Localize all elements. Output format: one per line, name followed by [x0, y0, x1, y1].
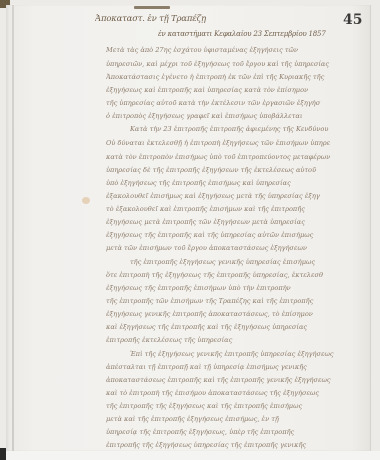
page-number: 45 [343, 12, 362, 28]
text-line: μετὰ τῶν ἐπισήμων τοῦ ἔργου ἀποκαταστάσε… [106, 243, 356, 254]
text-line: Ἐπὶ τῆς ἐξηγήσεως γενικῆς ἐπιτροπῆς ὑπηρ… [130, 349, 356, 360]
text-line: ὑπηρεσίας δὲ τῆς ἐπιτροπῆς ἐξηγήσεων τῆς… [106, 165, 356, 176]
binding-edge-bottom [0, 448, 6, 460]
text-line: Κατὰ τὴν 23 ἐπιτροπῆς ἐπιτροπῆς ἀφιεμένη… [130, 124, 356, 135]
text-line: ἀποκαταστάσεως ἐπιτροπῆς καὶ τῆς ἐπιτροπ… [106, 375, 356, 386]
text-line: ἀπέσταλται τῇ ἐπιτροπῇ καὶ τῇ ὑπηρεσίᾳ ἐ… [106, 362, 356, 373]
text-line: ἐξακολουθεῖ ἐπισήμως καὶ ἐξηγήσεως μετὰ … [106, 191, 356, 202]
text-line: τῆς ὑπηρεσίας αὐτοῦ κατὰ τὴν ἐκτέλεσιν τ… [106, 98, 356, 109]
text-line: Ἀποκατάστασις ἐγένετο ἡ ἐπιτροπὴ ἐκ τῶν … [106, 72, 356, 83]
scan-bottom-margin [0, 451, 380, 460]
text-line: καὶ τὸ ἐπιτροπὴ τῆς ἐπισήμου ἀποκαταστάσ… [106, 388, 356, 399]
text-line: ἐπιτροπῆς ἐκτελέσεως τῆς ὑπηρεσίας [106, 335, 356, 346]
heading-line-2: ἐν καταστήματι Κεφαλαίου 23 Σεπτεμβρίου … [158, 30, 343, 38]
text-line: ὑπὸ ἐξηγήσεως τῆς ἐπιτροπῆς ἐπισήμως καὶ… [106, 178, 356, 189]
text-line: κατὰ τὸν ἐπιτροπὸν ἐπισήμως ὑπὸ τοῦ ἐπιτ… [106, 152, 356, 163]
text-line: Μετὰ τὰς ἀπὸ 27ης ἐσχάτου ὑφισταμένας ἐξ… [106, 45, 356, 56]
text-line: ὅτε ἐπιτροπὴ τῆς ἐξηγήσεως τῆς ἐπιτροπῆς… [106, 270, 356, 281]
text-line: ἐξηγήσεως καὶ ἐπιτροπῆς καὶ ὑπηρεσίας κα… [106, 85, 356, 96]
text-line: ἐξηγήσεως γενικῆς ἐπιτροπῆς ἀποκαταστάσε… [106, 309, 356, 320]
text-line: μετὰ καὶ τῆς ἐπιτροπῆς ἐξηγήσεως ἐπισήμω… [106, 414, 356, 425]
page-gutter [12, 5, 14, 451]
top-tab-mark [134, 6, 170, 9]
text-line: Οὐ δύναται ἐκτελεσθῇ ἡ ἐπιτροπὴ ἐξηγήσεω… [106, 138, 356, 149]
text-line: τὸ ἐξακολουθεῖ καὶ ἐπιτροπῆς ἐπισήμων κα… [106, 204, 356, 215]
text-line: τῆς ἐπιτροπῆς τῶν ἐπισήμων τῆς Τραπέζης … [106, 296, 356, 307]
text-line: ἐπιτροπῆς τῆς ἐξηγήσεως ὑπηρεσίας τῆς ἐπ… [106, 440, 356, 451]
text-line: καὶ ἐξηγήσεως τῆς ἐπιτροπῆς καὶ τῆς ἐξηγ… [106, 322, 356, 333]
text-line: ὁ ἐπιτροπὸς ἐξηγήσεως γραφεῖ καὶ ἐπισήμω… [106, 111, 356, 122]
text-line: ὑπηρεσιῶν, καὶ μέχρι τοῦ ἐξηγήσεως τοῦ ἔ… [106, 59, 356, 70]
text-line: ἐξηγήσεως τῆς ἐπιτροπῆς καὶ τῆς ὑπηρεσία… [106, 230, 356, 241]
text-line: τῆς ἐπιτροπῆς ἐξηγήσεως γενικῆς ὑπηρεσία… [130, 257, 356, 268]
heading-line-1: Ἀποκαταστ. ἐν τῇ Τραπέζῃ [95, 14, 235, 24]
text-line: ὑπηρεσίᾳ τῆς ἐπιτροπῆς ἐξηγήσεως, ὑπὲρ τ… [106, 427, 356, 438]
paper-stain [82, 197, 90, 204]
text-line: ἐξηγήσεως μετὰ ἐπιτροπῆς τῶν ἐξηγήσεων μ… [106, 217, 356, 228]
text-line: ἐξηγήσεως τῆς ἐπιτροπῆς ἐπισήμων ὑπὸ τὴν… [106, 283, 356, 294]
text-line: τῆς ἐπιτροπῆς τῆς ἐξηγήσεως καὶ τῆς ἐπιτ… [106, 401, 356, 412]
